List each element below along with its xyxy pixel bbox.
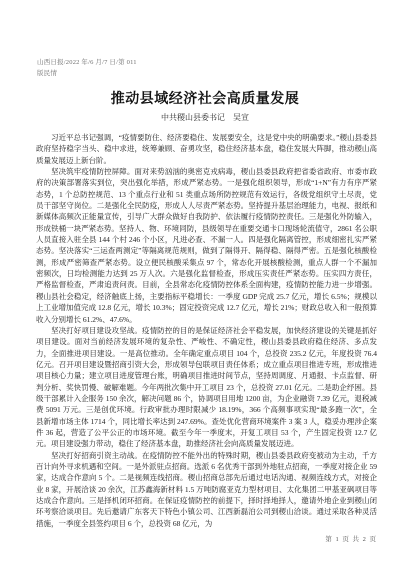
article-title: 推动县域经济社会高质量发展 xyxy=(0,88,410,108)
paragraph-2: 坚决筑牢疫情防控屏障。面对来势汹汹的奥密克戎病毒，稷山县委县政府把省委省政府、市… xyxy=(36,166,377,325)
paragraph-4: 坚决打好招商引资主动战。在疫情防控不能外出的特殊时期，稷山县委县政府变被动为主动… xyxy=(36,450,377,529)
source-citation-line-2: 版民情 xyxy=(37,68,377,79)
source-citation: 山西日报/2022 年/6 月/7 日/第 011 版民情 xyxy=(37,57,377,79)
article-byline: 中共稷山县委书记 吴宣 xyxy=(0,112,410,123)
page-number-indicator: 第 1 页 共 2 页 xyxy=(325,534,377,543)
paragraph-1: 习近平总书记强调，“疫情要防住、经济要稳住、发展要安全，这是党中央的明确要求。”… xyxy=(36,132,377,166)
paragraph-3: 坚决打好项目建设攻坚战。疫情防控的目的是保证经济社会平稳发展，加快经济建设的关键… xyxy=(36,325,377,450)
source-citation-line-1: 山西日报/2022 年/6 月/7 日/第 011 xyxy=(37,57,377,68)
article-body: 习近平总书记强调，“疫情要防住、经济要稳住、发展要安全，这是党中央的明确要求。”… xyxy=(36,132,377,529)
document-page: 山西日报/2022 年/6 月/7 日/第 011 版民情 推动县域经济社会高质… xyxy=(0,0,410,580)
